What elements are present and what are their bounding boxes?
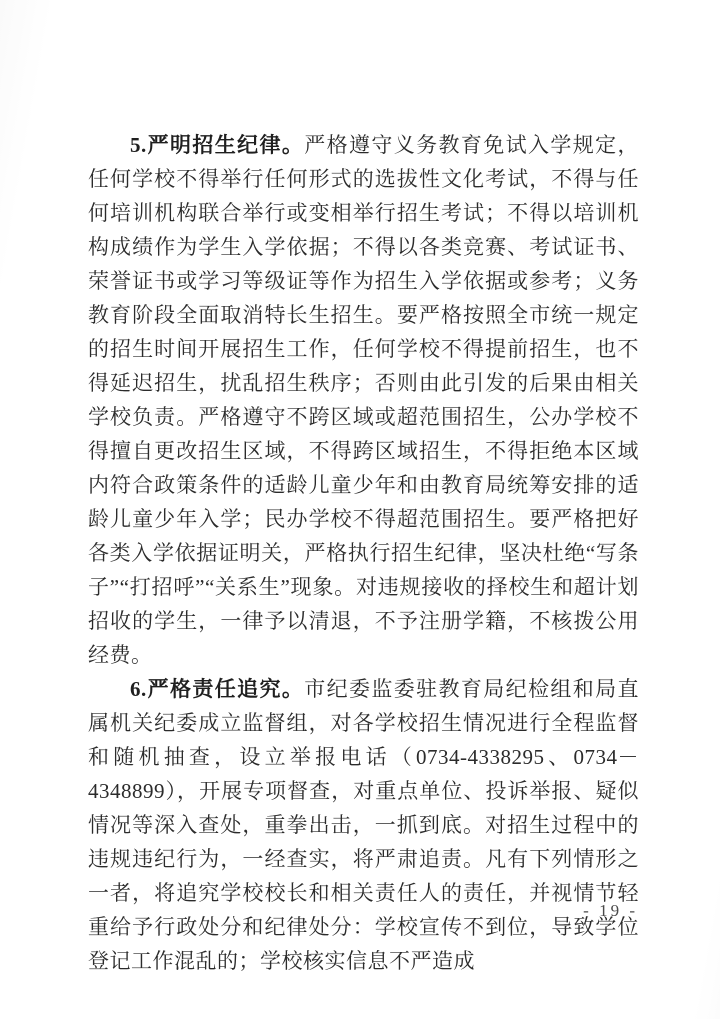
paragraph-text: 市纪委监委驻教育局纪检组和局直属机关纪委成立监督组，对各学校招生情况进行全程监督…: [88, 677, 639, 973]
paragraph: 6.严格责任追究。市纪委监委驻教育局纪检组和局直属机关纪委成立监督组，对各学校招…: [88, 672, 639, 978]
document-page: 5.严明招生纪律。严格遵守义务教育免试入学规定，任何学校不得举行任何形式的选拔性…: [0, 0, 720, 1019]
paragraph-heading: 6.严格责任追究。: [130, 677, 304, 701]
page-number: - 19 -: [583, 899, 638, 923]
paragraph-heading: 5.严明招生纪律。: [130, 133, 304, 157]
paragraph: 5.严明招生纪律。严格遵守义务教育免试入学规定，任何学校不得举行任何形式的选拔性…: [88, 128, 639, 672]
document-body: 5.严明招生纪律。严格遵守义务教育免试入学规定，任何学校不得举行任何形式的选拔性…: [88, 128, 639, 978]
paragraph-text: 严格遵守义务教育免试入学规定，任何学校不得举行任何形式的选拔性文化考试，不得与任…: [88, 133, 639, 667]
